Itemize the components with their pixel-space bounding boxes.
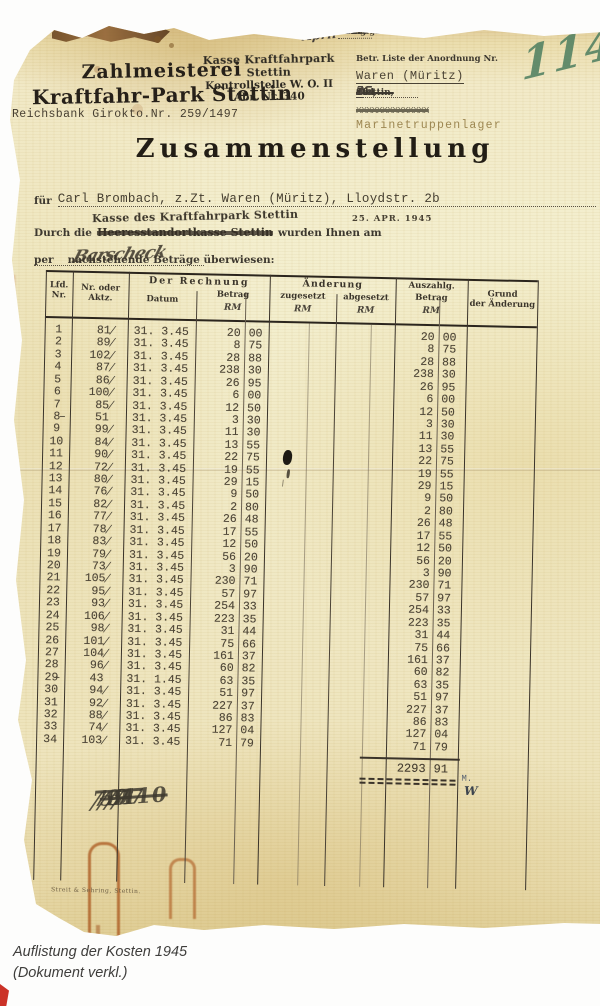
- initials: M.: [461, 774, 472, 784]
- cell-auszahlung-rm: 29: [371, 480, 431, 494]
- cell-akt-nr: 100: [73, 387, 109, 400]
- struck-office-name: Heeresstandortkasse Stettin: [97, 226, 273, 239]
- cell-lfd-nr: 30: [39, 684, 63, 697]
- check-mark: ∕: [100, 735, 112, 748]
- cell-auszahlung-rm: 12: [373, 405, 433, 419]
- cell-auszahlung-rm: 31: [368, 629, 428, 643]
- cell-auszahlung-pf: 00: [441, 394, 463, 407]
- cell-akt-nr: 103: [66, 734, 102, 747]
- header-nr: Nr. oderAktz.: [72, 283, 128, 304]
- rm-symbol: RM: [395, 305, 467, 317]
- cell-akt-nr: 96: [68, 660, 104, 673]
- cell-betrag-pf: 50: [244, 539, 266, 552]
- durch-pre: Durch die: [34, 227, 92, 239]
- reference-block: Betr. Liste der Anordnung Nr. Waren (Mür…: [356, 64, 598, 132]
- cell-auszahlung-rm: 12: [370, 542, 430, 556]
- cell-akt-nr: 76: [71, 486, 107, 499]
- cell-auszahlung-rm: 22: [372, 455, 432, 469]
- cell-betrag-rm: 31: [174, 625, 234, 639]
- cell-auszahlung-pf: 50: [438, 543, 460, 556]
- cell-betrag-rm: 71: [172, 737, 232, 751]
- cell-betrag-rm: 26: [179, 376, 239, 390]
- rm-symbol: RM: [336, 305, 395, 316]
- red-streak: [11, 450, 16, 570]
- caption-line1: Auflistung der Kosten 1945: [13, 942, 187, 963]
- cell-betrag-rm: 254: [175, 600, 235, 614]
- per-blank: Barscheck: [34, 245, 204, 266]
- cell-betrag-rm: 29: [177, 476, 237, 490]
- date-stamp: 25. APR. 1945: [352, 214, 432, 224]
- cell-auszahlung-rm: 8: [374, 343, 434, 357]
- cell-auszahlung-rm: 51: [367, 691, 427, 705]
- cell-betrag-rm: 51: [173, 687, 233, 701]
- cell-betrag-rm: 56: [176, 550, 236, 564]
- rust-specks: [154, 36, 161, 43]
- cell-akt-nr: 99: [72, 424, 108, 437]
- cell-akt-nr: 83: [70, 536, 106, 549]
- cell-betrag-pf: 00: [247, 390, 269, 403]
- pencil-number: 110: [120, 781, 168, 809]
- cell-betrag-rm: 12: [176, 538, 236, 552]
- cell-akt-nr: 90: [72, 449, 108, 462]
- header-betrag: Betrag: [196, 289, 269, 301]
- durch-post: wurden Ihnen am: [278, 227, 382, 239]
- cell-akt-nr: 105: [69, 573, 105, 586]
- amounts-table: Lfd.Nr. Nr. oderAktz. Der Rechnung Datum…: [0, 267, 600, 919]
- red-corner-mark: [0, 984, 9, 1006]
- cell-auszahlung-rm: 56: [370, 554, 430, 568]
- cell-lfd-nr: 4: [46, 361, 70, 374]
- typed-location: Waren (Müritz): [356, 69, 464, 84]
- document-paper: Geb.-rechnungsnachweis für April 1945 Ko…: [4, 20, 600, 940]
- betreff-label: Betr. Liste der Anordnung Nr.: [356, 54, 498, 64]
- cell-akt-nr: 94: [67, 685, 103, 698]
- document-title: Zusammenstellung: [125, 134, 505, 164]
- handwritten-month: April: [302, 27, 338, 44]
- pencil-calculation-note: 75⁄57⁄91⁄97⁄110: [92, 784, 122, 815]
- caption-line2: (Dokument verkl.): [13, 963, 187, 984]
- paperclip-rust-mark: [96, 925, 100, 940]
- table-rows: 181∕31. 3.4520002000289∕31. 3.4587587531…: [0, 323, 543, 758]
- cell-betrag-rm: 60: [174, 662, 234, 676]
- header-grund: Grundder Änderung: [467, 289, 537, 310]
- payment-office-line: Durch die Heeresstandortkasse Stettin wu…: [34, 226, 596, 239]
- header-zugesetzt: zugesetzt: [269, 291, 336, 302]
- cell-lfd-nr: 34: [38, 734, 62, 747]
- sum-line: [360, 757, 460, 761]
- cell-auszahlung-pf: 44: [436, 630, 458, 643]
- cell-betrag-rm: 12: [179, 401, 239, 415]
- unit-name: Marinetruppenlager: [356, 119, 598, 132]
- header-abgesetzt: abgesetzt: [336, 292, 395, 303]
- fuer-label: für: [34, 195, 52, 207]
- header-auszahlg-betrag: Betrag: [395, 292, 467, 304]
- cell-betrag-pf: 44: [242, 626, 264, 639]
- kasse-stamp-line1: Kasse Kraftfahrpark Stettin: [183, 52, 355, 81]
- cell-auszahlung-rm: 6: [373, 393, 433, 407]
- printer-mark: Streit & Sehring, Stettin.: [51, 886, 141, 895]
- handwritten-payment-method: Barscheck: [70, 243, 168, 268]
- cell-betrag-rm: 9: [177, 488, 237, 502]
- obliterated-line: XXXXXXXXXXXXXX: [356, 105, 429, 116]
- cell-betrag-rm: 26: [177, 513, 237, 527]
- total-pf: 91: [433, 762, 455, 776]
- header-lfd: Lfd.Nr.: [45, 280, 72, 301]
- cell-akt-nr: 77: [71, 511, 107, 524]
- cell-auszahlung-rm: 26: [373, 381, 433, 395]
- cell-betrag-rm: 6: [179, 389, 239, 403]
- cell-betrag-rm: 8: [180, 339, 240, 353]
- cell-lfd-nr: 18: [42, 535, 66, 548]
- giro-account-line: Reichsbank Girokto.Nr. 259/1497: [12, 108, 238, 121]
- per-line: per Barscheck nachstehende Beträge überw…: [34, 254, 596, 266]
- handwritten-year-digit: 5: [356, 84, 364, 98]
- dash-mark: –: [59, 411, 71, 424]
- recipient-name: Carl Brombach, z.Zt. Waren (Müritz), Llo…: [58, 192, 596, 207]
- photo-caption: Auflistung der Kosten 1945 (Dokument ver…: [13, 942, 187, 984]
- kasse-stamp: Kasse Kraftfahrpark Stettin Kontrollstel…: [183, 52, 356, 105]
- cell-auszahlung-rm: 9: [371, 492, 431, 506]
- cell-auszahlung-rm: 254: [369, 604, 429, 618]
- red-streak: [3, 275, 15, 440]
- header-auszahlg: Auszahlg.: [396, 280, 468, 292]
- cell-akt-nr: 98: [68, 623, 104, 636]
- scanned-document-photo: Geb.-rechnungsnachweis für April 1945 Ko…: [0, 0, 600, 1006]
- header-datum: Datum: [128, 294, 196, 305]
- cell-auszahlung-rm: 60: [367, 666, 427, 680]
- cell-lfd-nr: 23: [41, 597, 65, 610]
- kasse-stamp-2: Kasse des Kraftfahrpark Stettin: [92, 208, 299, 225]
- cell-akt-nr: 87: [74, 362, 110, 375]
- header-aenderung: Änderung: [270, 278, 396, 292]
- initials-handwritten: W: [464, 784, 478, 798]
- cell-betrag-rm: 22: [178, 451, 238, 465]
- rm-symbol: RM: [269, 304, 336, 315]
- cell-betrag-pf: 79: [240, 738, 262, 751]
- beleg-label: Beleg-Nr.: [338, 27, 385, 37]
- cell-lfd-nr: 11: [44, 448, 68, 461]
- cell-lfd-nr: 25: [40, 622, 64, 635]
- cell-auszahlung-rm: 71: [366, 741, 426, 755]
- total-rm: 2293: [365, 761, 425, 776]
- cell-lfd-nr: 6: [45, 386, 69, 399]
- torn-edge-stain: [52, 20, 170, 43]
- double-rule: [359, 782, 457, 786]
- recipient-line: für Carl Brombach, z.Zt. Waren (Müritz),…: [34, 192, 596, 207]
- rm-symbol: RM: [196, 302, 269, 314]
- cell-auszahlung-pf: 79: [434, 742, 456, 755]
- header-rechnung: Der Rechnung: [129, 275, 270, 289]
